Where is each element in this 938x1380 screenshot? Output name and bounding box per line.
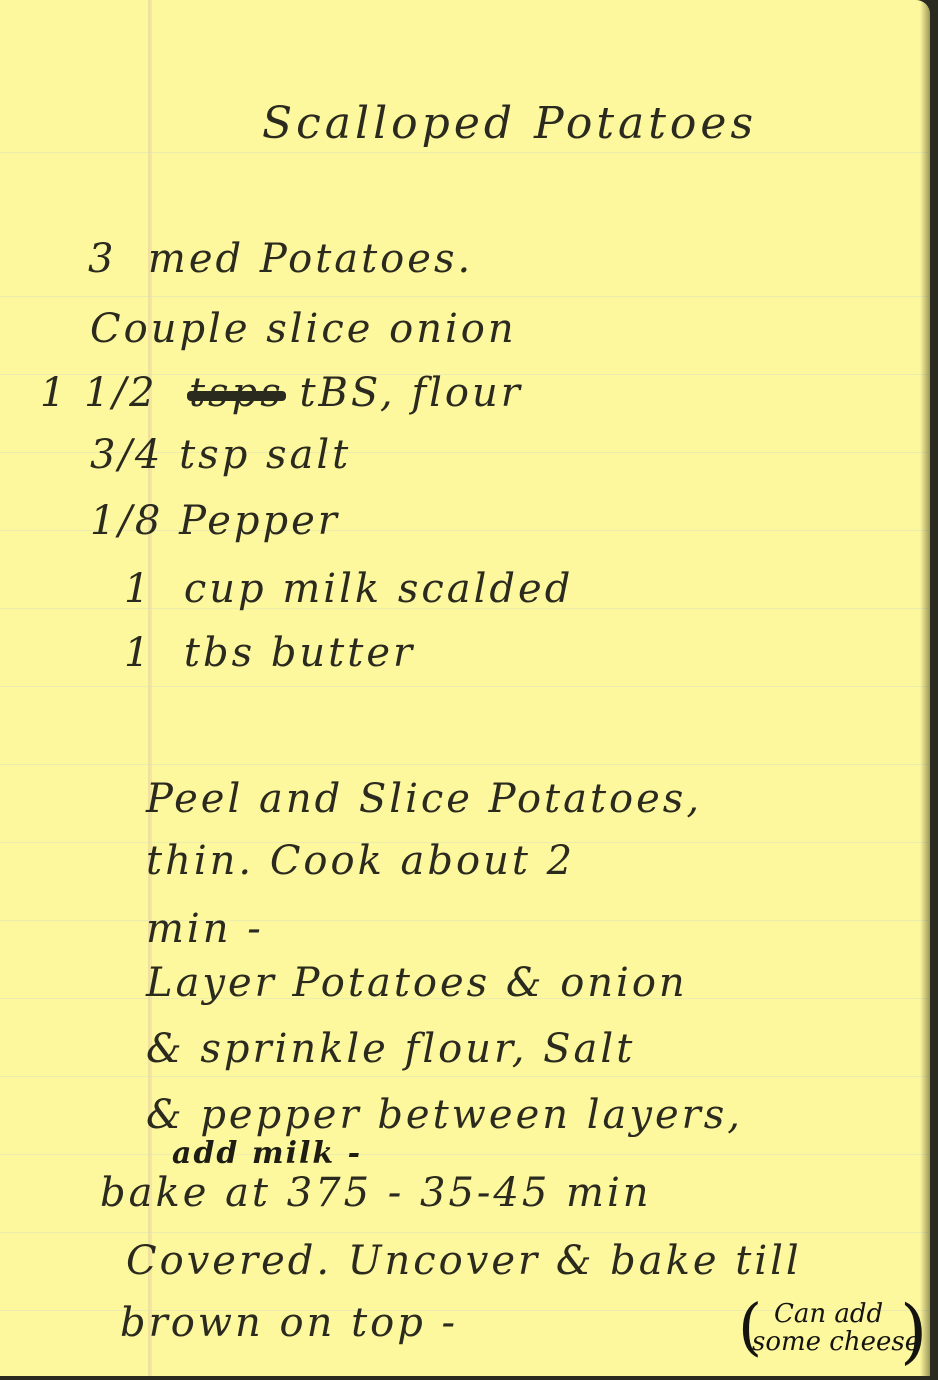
ruled-line <box>0 764 930 765</box>
ruled-line <box>0 1076 930 1077</box>
ruled-line <box>0 686 930 687</box>
ingredient-item: 3 med Potatoes. <box>88 236 473 282</box>
ingredient-text: tsp salt <box>179 432 351 478</box>
ingredient-item: 3/4 tsp salt <box>90 432 351 478</box>
ruled-line <box>0 1154 930 1155</box>
ingredient-text: Pepper <box>179 498 340 544</box>
direction-line: thin. Cook about 2 <box>146 838 575 884</box>
direction-line: Layer Potatoes & onion <box>146 960 688 1006</box>
recipe-title: Scalloped Potatoes <box>262 98 757 149</box>
direction-line: & pepper between layers, <box>146 1092 743 1138</box>
ingredient-text: med Potatoes. <box>148 236 473 282</box>
recipe-card: Scalloped Potatoes 3 med Potatoes. Coupl… <box>0 0 930 1376</box>
ingredient-text: Couple slice onion <box>90 306 517 352</box>
direction-line: brown on top - <box>120 1300 458 1346</box>
struck-word: tsps <box>189 370 284 416</box>
ingredient-text: tBS, flour <box>299 370 522 416</box>
direction-line: min - <box>146 906 264 952</box>
ruled-line <box>0 296 930 297</box>
ingredient-text: tbs butter <box>184 630 415 676</box>
ingredient-text: cup milk scalded <box>184 566 573 612</box>
ingredient-item: Couple slice onion <box>90 306 517 352</box>
ingredient-item: 1 tbs butter <box>124 630 415 676</box>
ingredient-item: 1/8 Pepper <box>90 498 340 544</box>
direction-line: Covered. Uncover & bake till <box>126 1238 802 1284</box>
ingredient-qty: 1 1/2 <box>40 370 158 416</box>
ingredient-qty: 3/4 <box>90 432 163 478</box>
ingredient-item: 1 cup milk scalded <box>124 566 573 612</box>
direction-line: bake at 375 - 35-45 min <box>100 1170 652 1216</box>
side-note-line: Can add <box>752 1300 920 1328</box>
ingredient-qty: 1 <box>124 566 152 612</box>
inserted-note: add milk - <box>172 1136 362 1171</box>
ruled-line <box>0 152 930 153</box>
ruled-line <box>0 1232 930 1233</box>
ingredient-item: 1 1/2 tsps tBS, flour <box>40 370 523 416</box>
page-edge-shadow <box>920 0 930 1376</box>
side-note-line: some cheese <box>752 1328 920 1356</box>
ruled-line <box>0 920 930 921</box>
direction-line: & sprinkle flour, Salt <box>146 1026 635 1072</box>
ingredient-qty: 1/8 <box>90 498 163 544</box>
side-note: Can add some cheese <box>752 1300 920 1356</box>
direction-line: Peel and Slice Potatoes, <box>146 776 702 822</box>
ingredient-qty: 1 <box>124 630 152 676</box>
ingredient-qty: 3 <box>88 236 116 282</box>
